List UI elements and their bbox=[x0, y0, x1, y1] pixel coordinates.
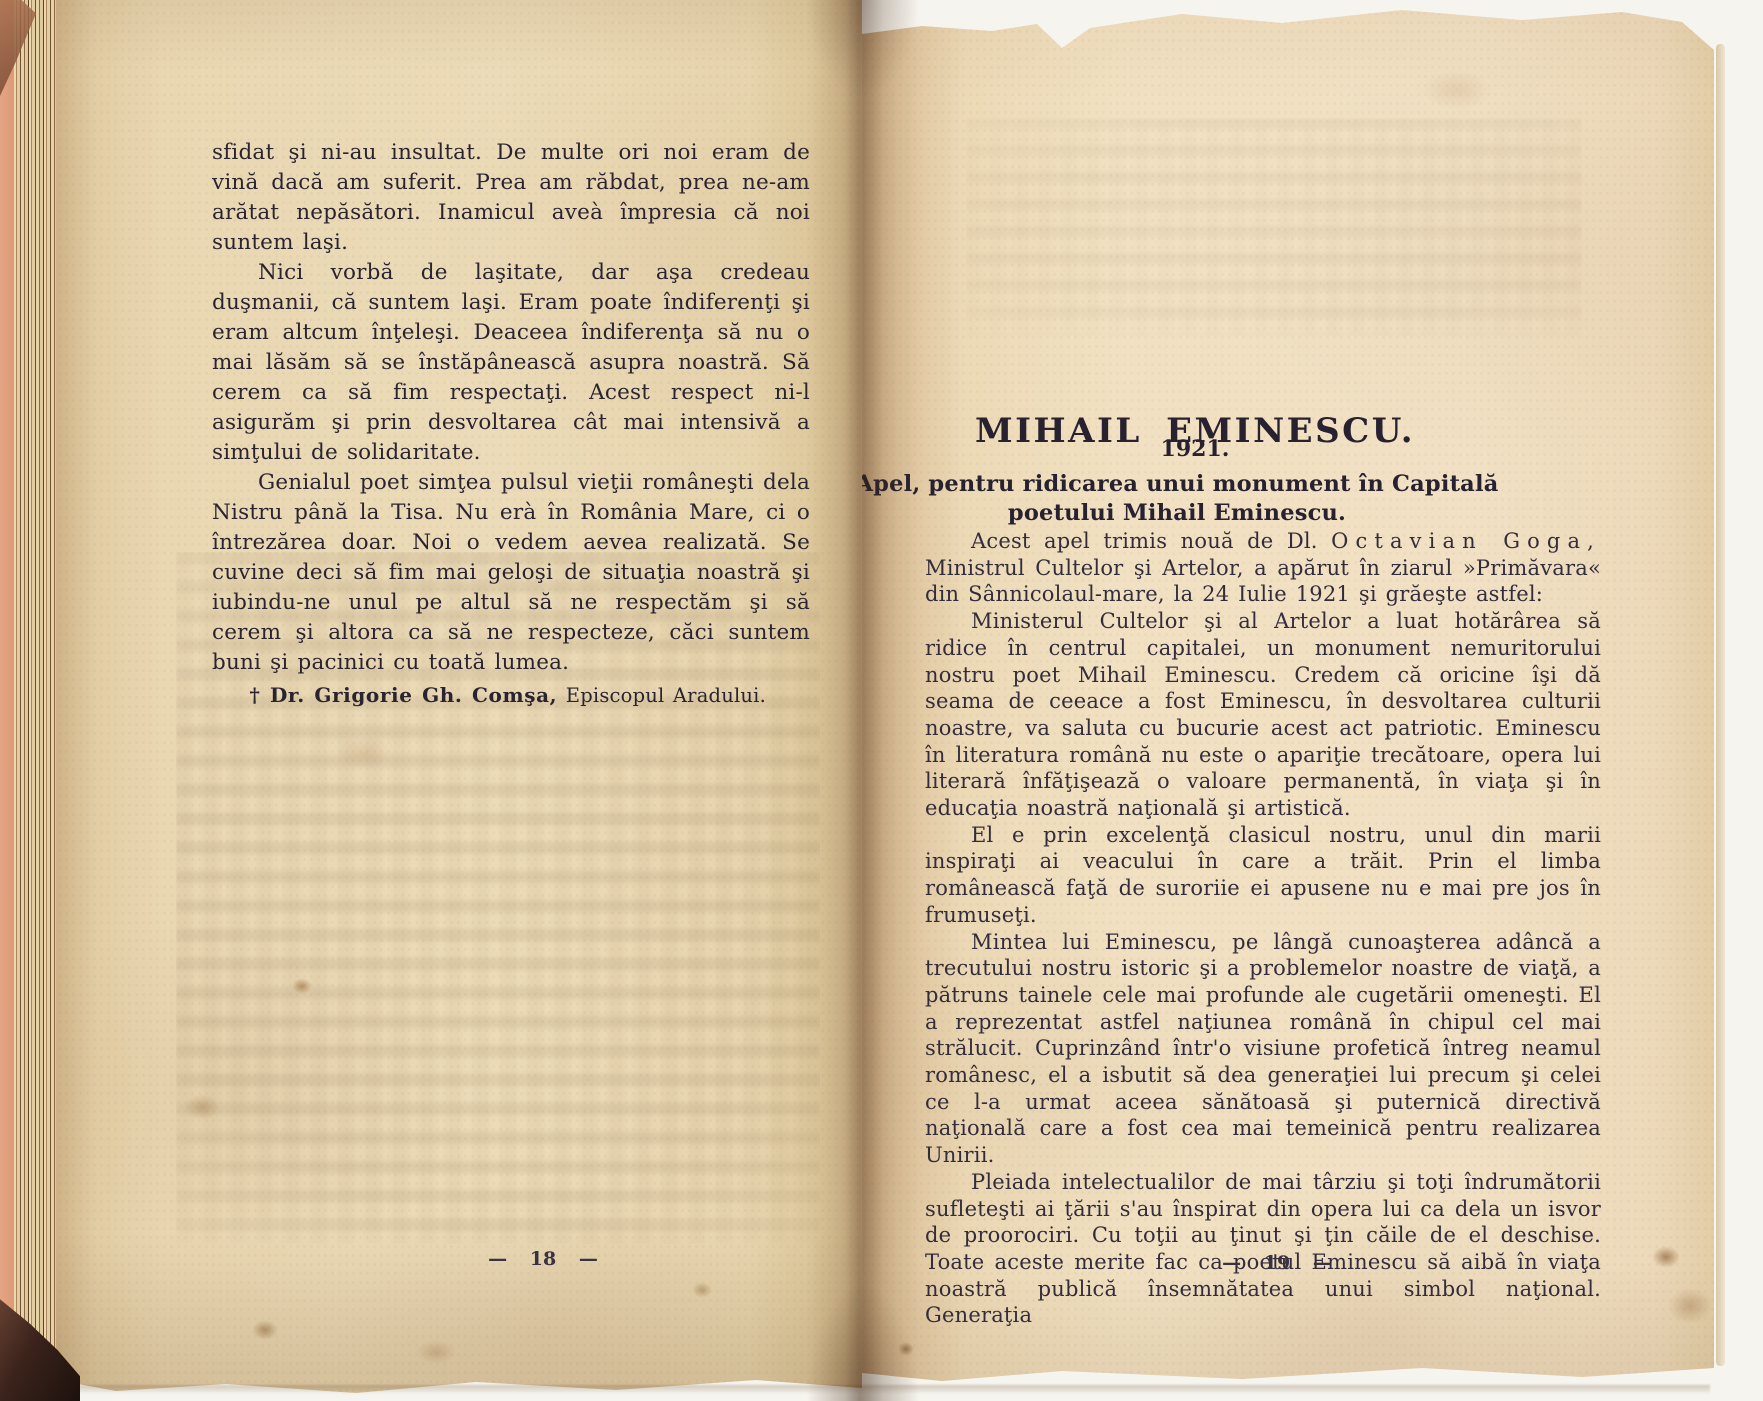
left-page: sfidat şi ni-au insultat. De multe ori n… bbox=[56, 0, 862, 1401]
signature-title: Episcopul Aradului. bbox=[566, 684, 766, 707]
emphasized-name: Octavian Goga, bbox=[1331, 529, 1601, 553]
paragraph: Nici vorbă de laşitate, dar aşa credeau … bbox=[212, 258, 810, 468]
page-number-left: — 18 — bbox=[243, 1248, 843, 1270]
right-page: MIHAIL EMINESCU. 1921. Apel, pentru ridi… bbox=[862, 0, 1714, 1401]
page-number-right: — 19 — bbox=[977, 1252, 1577, 1274]
paragraph-text: Ministrul Cultelor şi Artelor, a apărut … bbox=[925, 556, 1601, 607]
page-edges-stack bbox=[14, 0, 60, 1401]
paragraph-text: Acest apel trimis nouă de Dl. bbox=[971, 529, 1331, 553]
paragraph: El e prin excelenţă clasicul nostru, unu… bbox=[925, 822, 1601, 929]
chapter-year: 1921. bbox=[857, 436, 1533, 462]
paragraph: Mintea lui Eminescu, pe lângă cunoaştere… bbox=[925, 929, 1601, 1169]
author-signature: † Dr. Grigorie Gh. Comşa, Episcopul Arad… bbox=[212, 680, 810, 711]
paragraph: Pleiada intelectualilor de mai târziu şi… bbox=[925, 1169, 1601, 1329]
section-heading-line1: Apel, pentru ridicarea unui monument în … bbox=[839, 470, 1515, 499]
page-bottom-shadow bbox=[60, 1385, 1710, 1394]
right-page-text: Acest apel trimis nouă de Dl. Octavian G… bbox=[925, 528, 1601, 1329]
section-heading-line2: poetului Mihail Eminescu. bbox=[839, 499, 1515, 528]
paragraph: Acest apel trimis nouă de Dl. Octavian G… bbox=[925, 528, 1601, 608]
left-page-text: sfidat şi ni-au insultat. De multe ori n… bbox=[212, 138, 810, 711]
paragraph-continuation: sfidat şi ni-au insultat. De multe ori n… bbox=[212, 138, 810, 258]
paragraph: Ministerul Cultelor şi al Artelor a luat… bbox=[925, 608, 1601, 822]
section-heading: Apel, pentru ridicarea unui monument în … bbox=[839, 470, 1515, 528]
signature-name: † Dr. Grigorie Gh. Comşa, bbox=[249, 683, 557, 707]
paragraph: Genialul poet simţea pulsul vieţii român… bbox=[212, 468, 810, 678]
book-scan: sfidat şi ni-au insultat. De multe ori n… bbox=[0, 0, 1763, 1401]
right-page-edge bbox=[1716, 44, 1725, 1366]
